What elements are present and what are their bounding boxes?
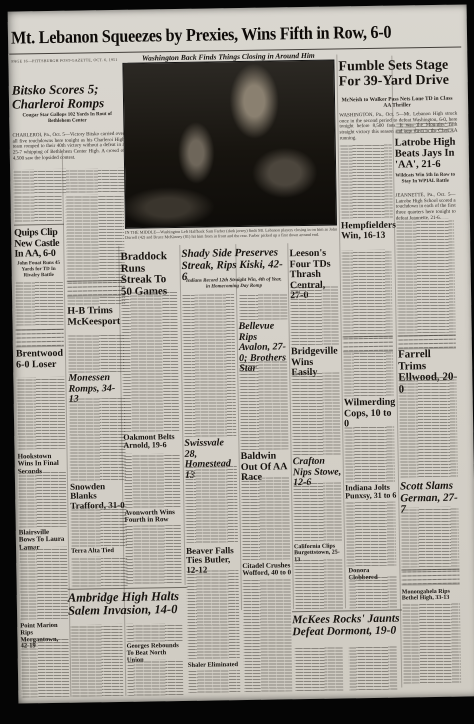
body-text: [125, 525, 182, 584]
headline-monongahela: Monongahela Rips Bethel High, 33-13: [402, 589, 462, 603]
body-text: [13, 168, 125, 194]
body-text: [241, 477, 290, 560]
subhead-fumble: McNeish to Walker Pass Nets Lone TD in C…: [341, 96, 453, 110]
headline-mckees: McKees Rocks' Jaunts Defeat Dormont, 19-…: [292, 610, 402, 639]
body-text: [400, 507, 459, 568]
lead-bitsko: CHARLEROI, Pa., Oct. 5—Victory Bitsko ca…: [13, 132, 125, 162]
body-text: [121, 291, 179, 432]
lead-latrobe: JEANNETTE, Pa., Oct. 5—Latrobe High Scho…: [395, 193, 455, 222]
body-text: [70, 624, 123, 697]
body-text: [291, 372, 340, 455]
newspaper-scan: Mt. Lebanon Squeezes by Prexies, Wins Fi…: [0, 0, 474, 724]
headline-terraalta: Terra Alta Tied: [71, 548, 127, 556]
headline-shaler: Shaler Eliminated: [188, 662, 242, 670]
newspaper-page: Mt. Lebanon Squeezes by Prexies, Wins Fi…: [8, 4, 474, 703]
body-text: [294, 558, 343, 609]
headline-indiana: Indiana Jolts Punxsy, 31 to 6: [345, 484, 397, 502]
headline-fumble: Fumble Sets Stage For 39-Yard Drive: [338, 59, 456, 90]
body-text: [71, 556, 127, 587]
body-text: [239, 293, 287, 320]
body-text: [398, 377, 458, 478]
headline-bitsko: Bitsko Scores 5; Charleroi Romps: [12, 82, 124, 111]
body-text: [16, 377, 65, 450]
body-text: [185, 464, 238, 543]
body-text: [126, 623, 182, 642]
box-score: [16, 329, 64, 348]
body-text: [13, 195, 61, 222]
body-text: [188, 670, 240, 693]
game-photo: [122, 60, 337, 229]
body-text: [243, 579, 293, 692]
body-text: [345, 502, 396, 567]
body-text: [15, 281, 64, 326]
body-text: [186, 570, 239, 659]
body-text: [70, 506, 127, 547]
body-text: [343, 352, 394, 397]
body-text: [402, 603, 461, 684]
box-score: [343, 336, 393, 353]
body-text: [349, 646, 398, 691]
subhead-latrobe: Wildcats Win 5th In Row to Stay In WPIAL…: [395, 173, 455, 185]
body-text: [69, 398, 126, 481]
body-text: [295, 646, 344, 691]
headline-latrobe: Latrobe High Beats Jays In 'AA', 21-6: [395, 137, 458, 171]
headline-avonworth: Avonworth Wins Fourth in Row: [124, 509, 182, 525]
banner-headline: Mt. Lebanon Squeezes by Prexies, Wins Fi…: [11, 21, 463, 49]
body-text: [67, 296, 125, 305]
box-score: [67, 280, 125, 297]
body-text: [20, 639, 69, 698]
body-text: [68, 334, 125, 373]
body-text: [341, 250, 392, 335]
headline-oakmont: Oakmont Belts Arnold, 19-6: [123, 433, 181, 451]
body-text: [239, 359, 288, 450]
headline-hb: H-B Trims McKeesport: [67, 306, 123, 328]
subhead-shadyside: Indians Record 12th Straight Win, 4th of…: [184, 277, 284, 290]
subhead-quips: John Fouat Runs 45 Yards for TD In Rival…: [15, 261, 63, 279]
body-text: [340, 144, 393, 219]
body-text: [18, 471, 67, 528]
body-text: [293, 482, 342, 541]
body-text: [344, 426, 395, 483]
body-text: [395, 121, 453, 134]
body-text: [182, 294, 236, 437]
body-text: [124, 453, 181, 508]
body-text: [65, 194, 124, 279]
folio-line: PAGE 16—PITTSBURGH POST-GAZETTE, OCT. 6,…: [11, 57, 131, 64]
body-text: [19, 547, 68, 620]
body-text: [349, 576, 397, 609]
headline-quips: Quips Clip New Castle In AA, 6-0: [14, 224, 65, 260]
body-text: [396, 219, 456, 334]
subhead-bitsko: Cougar Star Gallops 102 Yards In Rout of…: [14, 112, 120, 125]
headline-citadel: Citadel Crushes Wofford, 40 to 0: [242, 562, 292, 577]
photo-caption: IN THE MIDDLE—Washington Left Halfback S…: [125, 227, 337, 240]
box-score: [401, 569, 459, 586]
headline-ambridge: Ambridge High Halts Salem Invasion, 14-0: [68, 587, 188, 618]
body-text: [290, 284, 339, 345]
headline-hempfielders: Hempfielders Win, 16-13: [341, 222, 393, 243]
body-text: [127, 659, 184, 696]
headline-brentwood: Brentwood 6-0 Loser: [16, 349, 64, 371]
